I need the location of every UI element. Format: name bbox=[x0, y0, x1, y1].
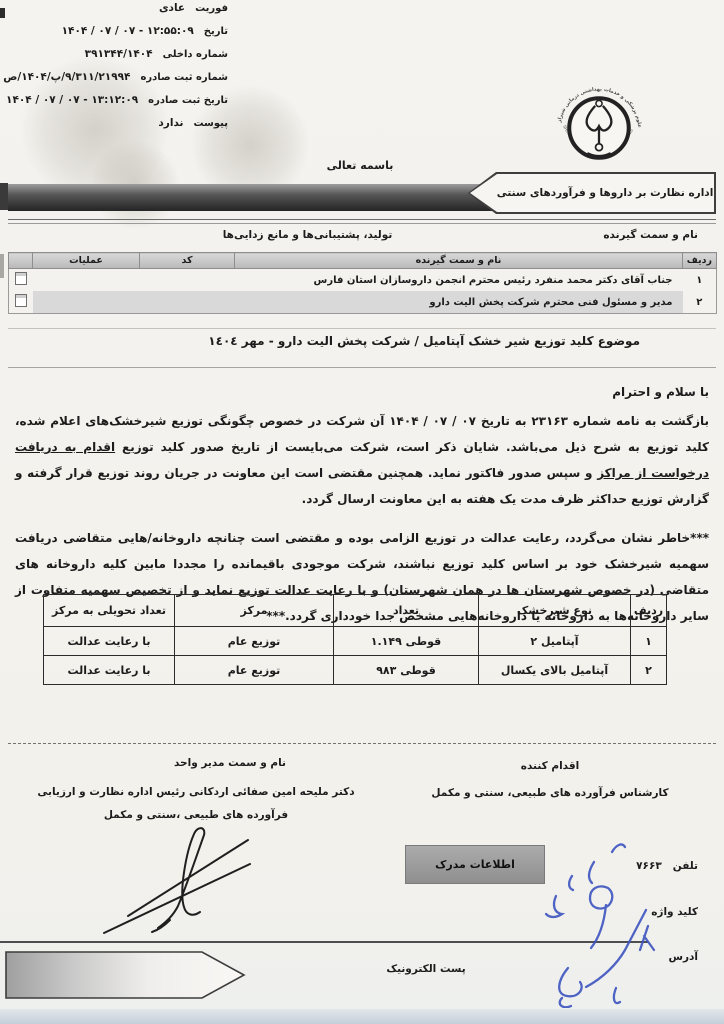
subject-line: موضوع کلید توزیع شیر خشک آپتامیل / شرکت … bbox=[208, 334, 640, 348]
col-milk-type: نوع شیرخشک bbox=[479, 595, 631, 627]
col-row: ردیف bbox=[631, 595, 667, 627]
attachment-label: پیوست bbox=[193, 118, 228, 129]
divider bbox=[8, 367, 716, 368]
divider bbox=[8, 223, 716, 224]
paragraph-1: بازگشت به نامه شماره ۲۳۱۶۳ به تاریخ ۰۷ /… bbox=[15, 408, 709, 512]
col-recipient-name: نام و سمت گیرنده bbox=[235, 253, 683, 269]
paragraph-1-text: بازگشت به نامه شماره ۲۳۱۶۳ به تاریخ ۰۷ /… bbox=[15, 414, 709, 454]
office-banner-text: اداره نظارت بر داروها و فرآوردهای سنتی bbox=[470, 174, 714, 212]
meta-row-outgoing-date: تاریخ ثبت صادره ۱۳:۱۲:۰۹ - ۰۷ / ۰۷ / ۱۴۰… bbox=[16, 94, 228, 106]
distribution-header-row: ردیف نوع شیرخشک تعداد مرکز تعداد تحویلی … bbox=[44, 595, 667, 627]
recipient-code bbox=[140, 269, 235, 292]
scan-artifact bbox=[0, 254, 4, 278]
outgoing-number-value: ۹/۳۱۱/۲۱۹۹۴/پ/۱۴۰۴/ص bbox=[3, 71, 130, 83]
attachment-value: ندارد bbox=[158, 117, 183, 129]
scan-artifact bbox=[0, 183, 8, 210]
divider bbox=[8, 743, 716, 744]
urgency-label: فوریت bbox=[195, 3, 228, 14]
email-ribbon-icon bbox=[4, 948, 250, 1002]
date-label: تاریخ bbox=[204, 26, 228, 37]
col-ops-icon bbox=[9, 253, 33, 269]
distribution-row: ۱ آپتامیل ۲ ۱.۱۴۹ قوطی توزیع عام با رعای… bbox=[44, 627, 667, 656]
dist-milk-type: آپتامیل ۲ bbox=[479, 627, 631, 656]
recipient-ops-cell bbox=[9, 269, 33, 292]
recipients-header-row: ردیف نام و سمت گیرنده کد عملیات bbox=[9, 253, 717, 269]
meta-row-internal-number: شماره داخلی ۳۹۱۳۴۴/۱۴۰۴ bbox=[16, 48, 228, 60]
besmele-text: باسمه تعالی bbox=[295, 159, 425, 172]
recipient-operations bbox=[33, 269, 140, 292]
internal-number-label: شماره داخلی bbox=[163, 49, 228, 60]
outgoing-date-label: تاریخ ثبت صادره bbox=[148, 95, 228, 106]
recipient-ops-cell bbox=[9, 291, 33, 314]
dist-quantity: ۹۸۳ قوطی bbox=[334, 656, 479, 685]
recipient-name: جناب آقای دکتر محمد منفرد رئیس محترم انج… bbox=[235, 269, 683, 292]
recipient-name: مدیر و مسئول فنی محترم شرکت پخش الیت دار… bbox=[235, 291, 683, 314]
recipient-number: ۲ bbox=[683, 291, 717, 314]
recipient-number: ۱ bbox=[683, 269, 717, 292]
internal-number-value: ۳۹۱۳۴۴/۱۴۰۴ bbox=[85, 48, 153, 60]
meta-row-outgoing-number: شماره ثبت صادره ۹/۳۱۱/۲۱۹۹۴/پ/۱۴۰۴/ص bbox=[16, 71, 228, 83]
office-banner: اداره نظارت بر داروها و فرآوردهای سنتی bbox=[468, 172, 716, 214]
document-icon[interactable] bbox=[15, 272, 27, 285]
outgoing-date-value: ۱۳:۱۲:۰۹ - ۰۷ / ۰۷ / ۱۴۰۴ bbox=[6, 94, 138, 106]
dist-center: توزیع عام bbox=[175, 627, 334, 656]
col-row-number: ردیف bbox=[683, 253, 717, 269]
col-quantity: تعداد bbox=[334, 595, 479, 627]
document-page: فوریت عادی تاریخ ۱۲:۵۵:۰۹ - ۰۷ / ۰۷ / ۱۴… bbox=[0, 0, 724, 1024]
outgoing-number-label: شماره ثبت صادره bbox=[140, 72, 228, 83]
dist-center: توزیع عام bbox=[175, 656, 334, 685]
recipient-section-label: نام و سمت گیرنده bbox=[603, 229, 698, 241]
meta-row-attachment: پیوست ندارد bbox=[16, 117, 228, 129]
signature-mark bbox=[88, 818, 303, 940]
col-operations: عملیات bbox=[33, 253, 140, 269]
urgency-value: عادی bbox=[159, 2, 185, 14]
dist-quantity: ۱.۱۴۹ قوطی bbox=[334, 627, 479, 656]
document-icon[interactable] bbox=[15, 294, 27, 307]
divider bbox=[8, 219, 716, 220]
meta-row-date: تاریخ ۱۲:۵۵:۰۹ - ۰۷ / ۰۷ / ۱۴۰۴ bbox=[16, 25, 228, 37]
letter-meta-block: فوریت عادی تاریخ ۱۲:۵۵:۰۹ - ۰۷ / ۰۷ / ۱۴… bbox=[16, 2, 228, 140]
unit-manager-title: نام و سمت مدیر واحد bbox=[150, 757, 310, 769]
dist-row-number: ۲ bbox=[631, 656, 667, 685]
dist-row-number: ۱ bbox=[631, 627, 667, 656]
greeting: با سلام و احترام bbox=[15, 379, 709, 405]
action-taker-title: اقدام کننده bbox=[470, 760, 630, 772]
distribution-row: ۲ آپتامیل بالای یکسال ۹۸۳ قوطی توزیع عام… bbox=[44, 656, 667, 685]
recipient-operations bbox=[33, 291, 140, 314]
date-value: ۱۲:۵۵:۰۹ - ۰۷ / ۰۷ / ۱۴۰۴ bbox=[62, 25, 194, 37]
department-section-label: تولید، پشتیبانی‌ها و مانع زدایی‌ها bbox=[185, 229, 430, 241]
divider bbox=[8, 328, 716, 329]
email-label: پست الکترونیک bbox=[383, 963, 469, 975]
recipient-code bbox=[140, 291, 235, 314]
document-info-button[interactable]: اطلاعات مدرک bbox=[405, 845, 545, 884]
scan-artifact bbox=[0, 8, 5, 18]
recipients-table: ردیف نام و سمت گیرنده کد عملیات ۱ جناب آ… bbox=[8, 252, 717, 314]
scan-edge-band bbox=[0, 1009, 724, 1024]
col-delivered: تعداد تحویلی به مرکز bbox=[44, 595, 175, 627]
col-code: کد bbox=[140, 253, 235, 269]
recipient-row: ۲ مدیر و مسئول فنی محترم شرکت پخش الیت د… bbox=[9, 291, 717, 314]
letter-body: با سلام و احترام بازگشت به نامه شماره ۲۳… bbox=[15, 379, 709, 629]
distribution-table: ردیف نوع شیرخشک تعداد مرکز تعداد تحویلی … bbox=[43, 594, 667, 685]
dist-delivered: با رعایت عدالت bbox=[44, 656, 175, 685]
handwritten-note bbox=[528, 838, 678, 1008]
meta-row-urgency: فوریت عادی bbox=[16, 2, 228, 14]
university-logo-icon: دانشگاه علوم پزشکی و خدمات بهداشتی درمان… bbox=[551, 80, 647, 176]
dist-milk-type: آپتامیل بالای یکسال bbox=[479, 656, 631, 685]
col-center: مرکز bbox=[175, 595, 334, 627]
recipient-row: ۱ جناب آقای دکتر محمد منفرد رئیس محترم ا… bbox=[9, 269, 717, 292]
action-taker-role: کارشناس فرآورده های طبیعی، سنتی و مکمل bbox=[430, 787, 670, 799]
dist-delivered: با رعایت عدالت bbox=[44, 627, 175, 656]
